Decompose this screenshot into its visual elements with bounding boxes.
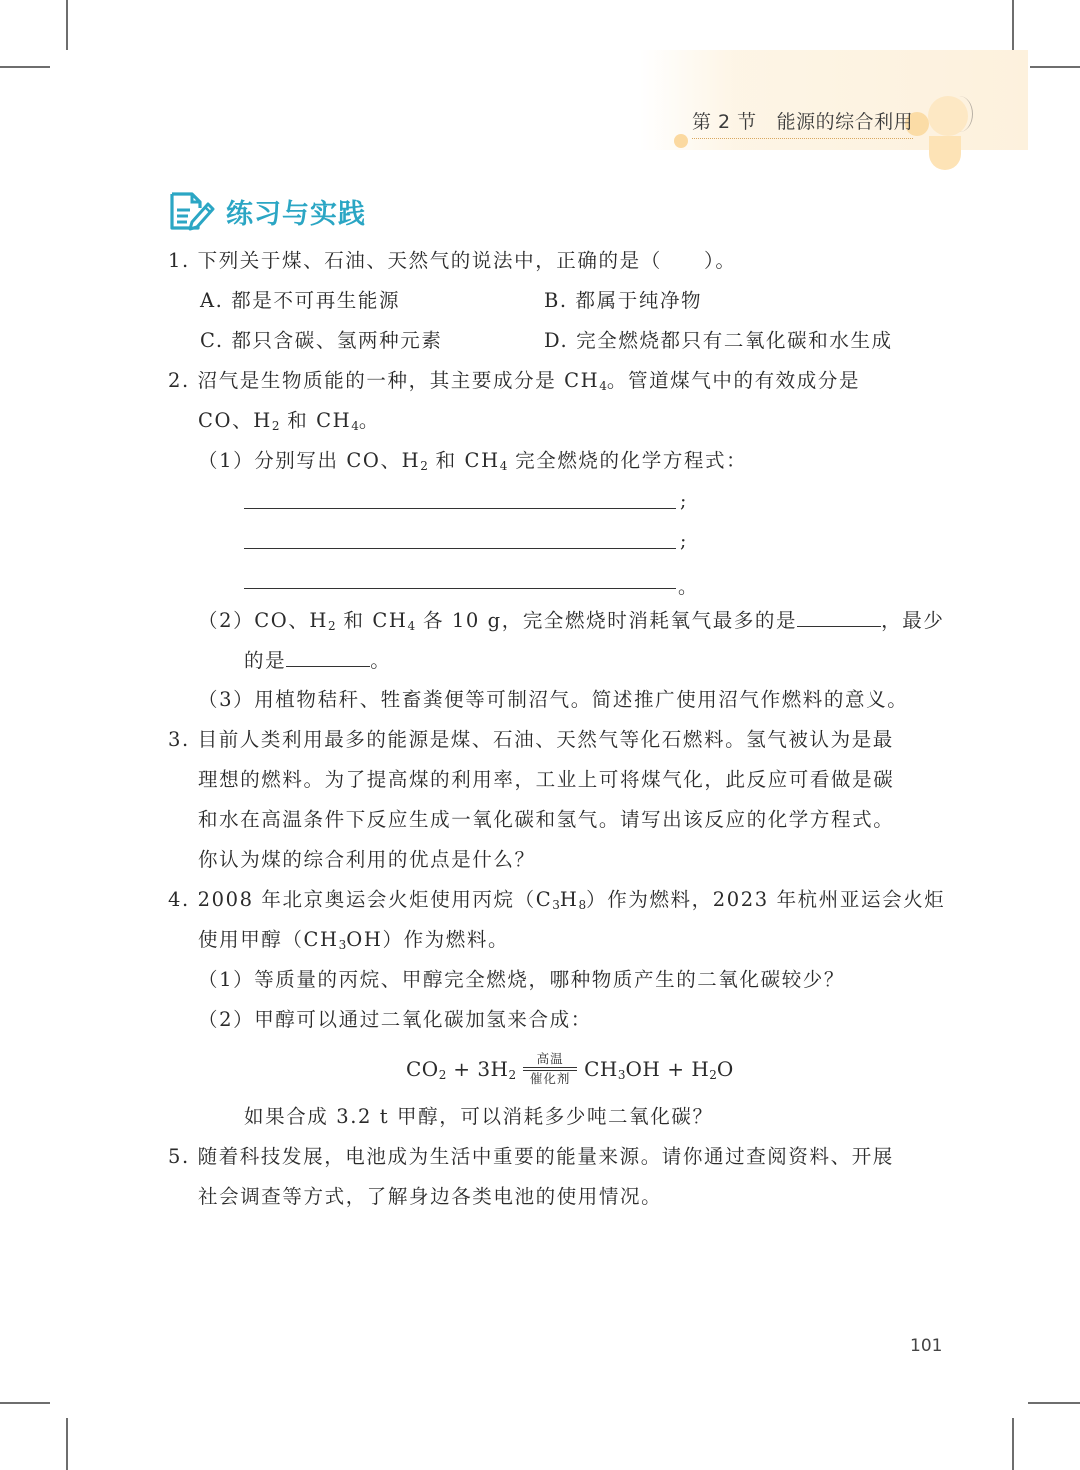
crop-mark bbox=[0, 66, 50, 68]
question-2-part-2-cont: 的是。 bbox=[244, 646, 391, 675]
question-4-stem-line2: 使用甲醇（CH3OH）作为燃料。 bbox=[198, 926, 509, 954]
chemical-equation: CO2 + 3H2 高温 催化剂 CH3OH + H2O bbox=[406, 1052, 734, 1086]
reaction-condition: 高温 催化剂 bbox=[522, 1052, 578, 1086]
question-2-part-1: （1）分别写出 CO、H2 和 CH4 完全燃烧的化学方程式： bbox=[198, 447, 747, 475]
crop-mark bbox=[66, 0, 68, 50]
question-4-part-2: （2）甲醇可以通过二氧化碳加氢来合成： bbox=[198, 1006, 592, 1034]
question-3-line: 你认为煤的综合利用的优点是什么？ bbox=[198, 846, 536, 874]
question-4-part-1: （1）等质量的丙烷、甲醇完全燃烧，哪种物质产生的二氧化碳较少？ bbox=[198, 966, 845, 994]
question-3-line: 和水在高温条件下反应生成一氧化碳和氢气。请写出该反应的化学方程式。 bbox=[198, 806, 894, 834]
question-1-option-b: B. 都属于纯净物 bbox=[544, 287, 702, 315]
decorative-arc bbox=[946, 96, 973, 132]
question-5-line: 社会调查等方式，了解身边各类电池的使用情况。 bbox=[198, 1183, 662, 1211]
equation-products: CH3OH + H2O bbox=[584, 1057, 734, 1081]
section-number: 第 2 节 bbox=[692, 111, 757, 133]
question-1-option-c: C. 都只含碳、氢两种元素 bbox=[200, 327, 442, 355]
question-2-part-2: （2）CO、H2 和 CH4 各 10 g，完全燃烧时消耗氧气最多的是，最少 bbox=[198, 606, 944, 635]
question-5-line: 5. 随着科技发展，电池成为生活中重要的能量来源。请你通过查阅资料、开展 bbox=[168, 1143, 894, 1171]
equation-reactants: CO2 + 3H2 bbox=[406, 1057, 516, 1081]
question-3-line: 3. 目前人类利用最多的能源是煤、石油、天然气等化石燃料。氢气被认为是最 bbox=[168, 726, 894, 754]
chapter-header-title: 第 2 节能源的综合利用 bbox=[692, 109, 913, 139]
exercise-title: 练习与实践 bbox=[226, 192, 366, 231]
blank-ending: ; bbox=[680, 490, 686, 512]
question-1-option-a: A. 都是不可再生能源 bbox=[200, 287, 400, 315]
blank-ending: 。 bbox=[678, 572, 697, 599]
crop-mark bbox=[1012, 1418, 1014, 1470]
question-1-option-d: D. 完全燃烧都只有二氧化碳和水生成 bbox=[544, 327, 893, 355]
question-2-stem-line2: CO、H2 和 CH4。 bbox=[198, 407, 380, 435]
answer-blank-3[interactable] bbox=[244, 588, 676, 589]
decorative-dot bbox=[674, 134, 688, 148]
crop-mark bbox=[1012, 0, 1014, 50]
condition-top: 高温 bbox=[537, 1052, 564, 1066]
question-4-stem-line1: 4. 2008 年北京奥运会火炬使用丙烷（C3H8）作为燃料，2023 年杭州亚… bbox=[168, 886, 945, 914]
answer-blank-most[interactable] bbox=[797, 606, 881, 627]
question-2-stem-line1: 2. 沼气是生物质能的一种，其主要成分是 CH4。管道煤气中的有效成分是 bbox=[168, 367, 860, 395]
answer-blank-2[interactable] bbox=[244, 548, 676, 549]
question-3-line: 理想的燃料。为了提高煤的利用率，工业上可将煤气化，此反应可看做是碳 bbox=[198, 766, 894, 794]
question-4-part-2-question: 如果合成 3.2 t 甲醇，可以消耗多少吨二氧化碳？ bbox=[244, 1103, 714, 1131]
crop-mark bbox=[66, 1418, 68, 1470]
question-2-part-3: （3）用植物秸秆、牲畜粪便等可制沼气。简述推广使用沼气作燃料的意义。 bbox=[198, 686, 908, 714]
answer-blank-1[interactable] bbox=[244, 508, 676, 509]
decorative-pill bbox=[929, 136, 961, 170]
crop-mark bbox=[0, 1402, 50, 1404]
exercise-heading: 练习与实践 bbox=[168, 186, 366, 236]
answer-blank-least[interactable] bbox=[286, 646, 370, 667]
crop-mark bbox=[1028, 1402, 1080, 1404]
page-number: 101 bbox=[910, 1336, 942, 1356]
question-1-stem: 1. 下列关于煤、石油、天然气的说法中，正确的是（ ）。 bbox=[168, 247, 736, 275]
document-pencil-icon bbox=[168, 188, 216, 234]
crop-mark bbox=[1030, 66, 1080, 68]
section-name: 能源的综合利用 bbox=[777, 111, 914, 133]
condition-bottom: 催化剂 bbox=[530, 1072, 571, 1086]
blank-ending: ; bbox=[680, 530, 686, 552]
